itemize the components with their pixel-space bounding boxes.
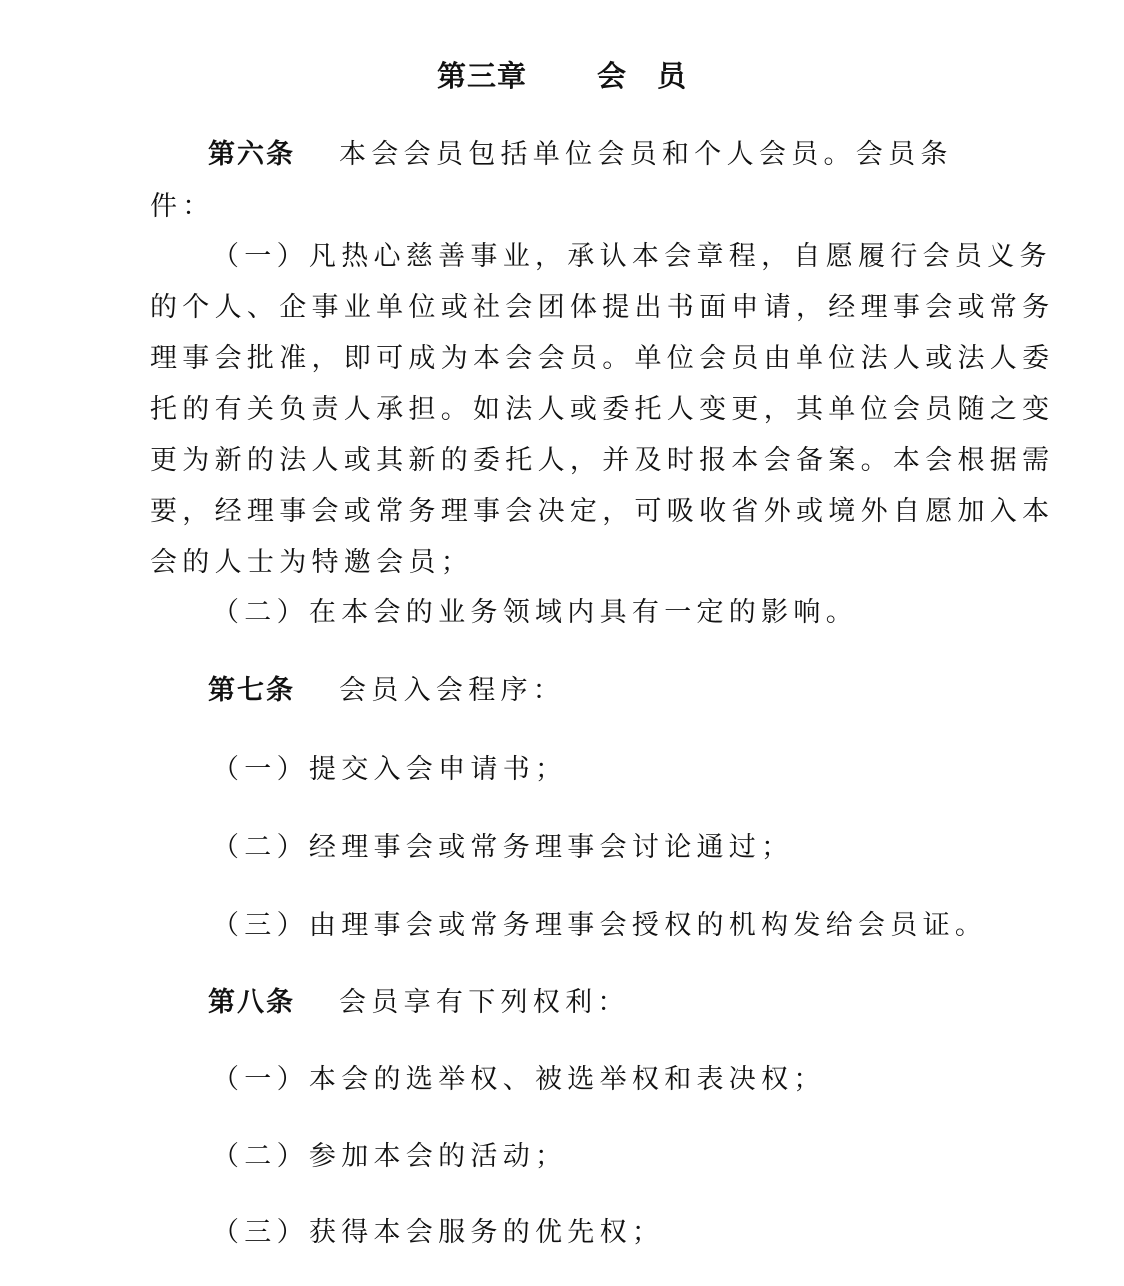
article-7-item-2: （二）经理事会或常务理事会讨论通过； <box>212 831 793 865</box>
article-7-heading: 第七条会员入会程序： <box>208 674 565 708</box>
article-label: 第七条 <box>208 675 295 706</box>
article-7-item-3: （三）由理事会或常务理事会授权的机构发给会员证。 <box>212 909 987 943</box>
article-6-paragraph-1-line-4: 托的有关负责人承担。如法人或委托人变更，其单位会员随之变 <box>150 393 1054 427</box>
article-6-paragraph-1-line-6: 要，经理事会或常务理事会决定，可吸收省外或境外自愿加入本 <box>150 495 1054 529</box>
article-8-item-1: （一）本会的选举权、被选举权和表决权； <box>212 1063 826 1097</box>
chapter-title-char-1: 会 <box>597 59 627 93</box>
article-7-item-1: （一）提交入会申请书； <box>212 753 567 787</box>
article-6-paragraph-1-line-3: 理事会批准，即可成为本会会员。单位会员由单位法人或法人委 <box>150 342 1054 376</box>
article-6-intro-continued: 件： <box>150 190 215 224</box>
article-intro: 会员入会程序： <box>339 675 565 706</box>
article-6-heading: 第六条本会会员包括单位会员和个人会员。会员条 <box>208 138 953 172</box>
article-6-paragraph-1-line-2: 的个人、企事业单位或社会团体提出书面申请，经理事会或常务 <box>150 291 1054 325</box>
article-8-item-2: （二）参加本会的活动； <box>212 1140 567 1174</box>
article-label: 第六条 <box>208 139 295 170</box>
chapter-title: 第三章会员 <box>0 58 1124 94</box>
article-6-paragraph-1-line-1: （一）凡热心慈善事业，承认本会章程，自愿履行会员义务 <box>212 240 1052 274</box>
article-6-paragraph-1-line-5: 更为新的法人或其新的委托人，并及时报本会备案。本会根据需 <box>150 444 1054 478</box>
article-8-item-3: （三）获得本会服务的优先权； <box>212 1216 664 1250</box>
chapter-title-char-2: 员 <box>657 59 687 93</box>
article-6-paragraph-2: （二）在本会的业务领域内具有一定的影响。 <box>212 596 858 630</box>
article-label: 第八条 <box>208 987 295 1018</box>
article-8-heading: 第八条会员享有下列权利： <box>208 986 630 1020</box>
chapter-number: 第三章 <box>437 59 527 93</box>
article-intro: 本会会员包括单位会员和个人会员。会员条 <box>339 139 953 170</box>
article-6-paragraph-1-line-7: 会的人士为特邀会员； <box>150 546 473 580</box>
article-intro: 会员享有下列权利： <box>339 987 630 1018</box>
